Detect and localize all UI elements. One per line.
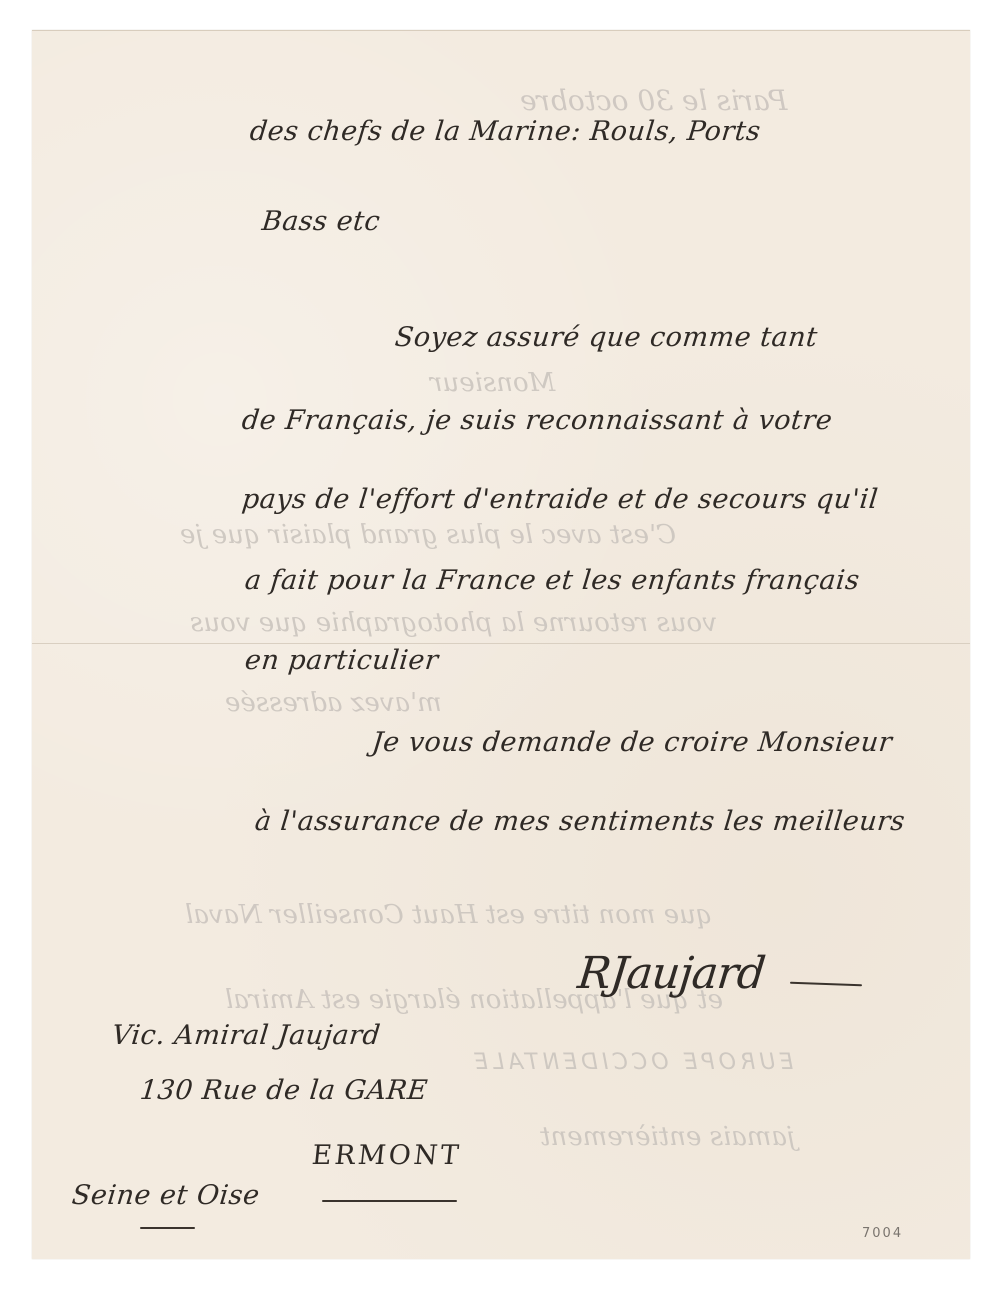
letter-line-9: à l'assurance de mes sentiments les meil…: [253, 806, 906, 837]
sender-name: Vic. Amiral Jaujard: [110, 1020, 382, 1051]
sender-street: 130 Rue de la GARE: [138, 1075, 429, 1106]
letter-line-5: pays de l'effort d'entraide et de secour…: [240, 484, 879, 515]
show-through-line: EUROPE OCCIDENTALE: [470, 1050, 793, 1075]
letter-line-6: a fait pour la France et les enfants fra…: [243, 565, 861, 596]
sender-department: Seine et Oise: [70, 1180, 261, 1211]
show-through-salutation: Monsieur: [430, 368, 555, 398]
letter-line-7: en particulier: [243, 645, 440, 676]
letter-line-8: Je vous demande de croire Monsieur: [370, 727, 893, 758]
show-through-date: Paris le 30 octobre: [520, 84, 787, 117]
letter-line-4: de Français, je suis reconnaissant à vot…: [240, 405, 834, 436]
department-underline: [140, 1227, 195, 1229]
paper-fold-line: [32, 643, 970, 644]
city-underline: [322, 1200, 457, 1202]
letter-line-1: des chefs de la Marine: Rouls, Ports: [248, 116, 762, 147]
show-through-line: vous retourne la photographie que vous: [190, 608, 717, 638]
letter-line-2: Bass etc: [260, 206, 381, 237]
show-through-line: que mon titre est Haut Conseiller Naval: [185, 900, 713, 930]
inventory-number: 7004: [862, 1226, 903, 1241]
show-through-line: m'avez adressée: [225, 688, 442, 718]
show-through-line: C'est avec le plus grand plaisir que je: [180, 520, 676, 550]
show-through-line: jamais entièrement: [540, 1122, 795, 1152]
signature: RJaujard: [575, 948, 767, 999]
letter-line-3: Soyez assuré que comme tant: [393, 322, 819, 353]
sender-city: ERMONT: [310, 1140, 463, 1171]
